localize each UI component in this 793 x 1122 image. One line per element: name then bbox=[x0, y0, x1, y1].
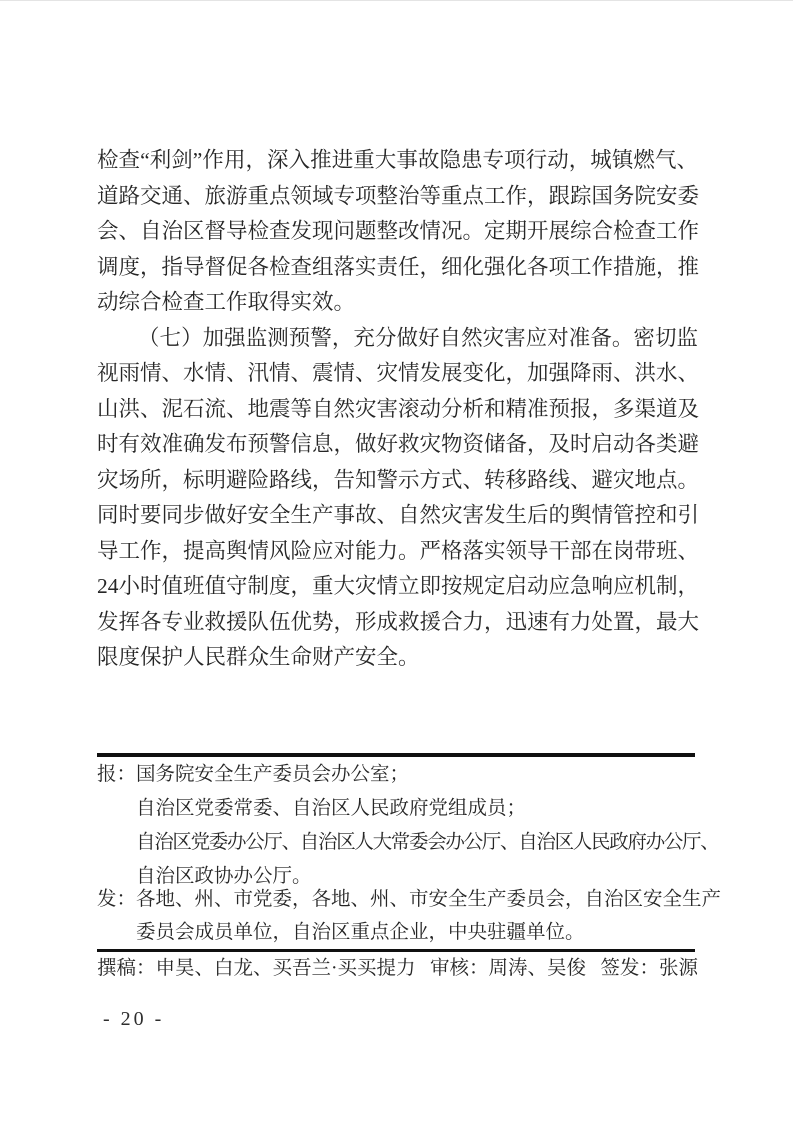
issuer-group: 签发：张源 bbox=[600, 954, 698, 983]
separator-rule-top bbox=[97, 753, 695, 757]
report-distribution: 报：国务院安全生产委员会办公室； 自治区党委常委、自治区人民政府党组成员； 自治… bbox=[97, 758, 698, 894]
body-line: 发挥各专业救援队伍优势，形成救援合力，迅速有力处置，最大 bbox=[97, 605, 698, 641]
signoff-row: 撰稿：申昊、白龙、买吾兰·买买提力 审核：周涛、吴俊 签发：张源 bbox=[97, 954, 698, 983]
reviewer-group: 审核：周涛、吴俊 bbox=[430, 954, 586, 983]
body-line: 检查“利剑”作用，深入推进重大事故隐患专项行动，城镇燃气、 bbox=[97, 143, 698, 179]
issue-line-text: 各地、州、市党委，各地、州、市安全生产委员会，自治区安全生产 bbox=[136, 889, 721, 910]
report-line-text: 国务院安全生产委员会办公室； bbox=[136, 764, 409, 785]
body-line-section-heading: （七）加强监测预警，充分做好自然灾害应对准备。密切监 bbox=[97, 321, 698, 357]
drafter-label: 撰稿： bbox=[97, 958, 156, 979]
page-number: - 20 - bbox=[103, 1008, 164, 1031]
document-page: 检查“利剑”作用，深入推进重大事故隐患专项行动，城镇燃气、 道路交通、旅游重点领… bbox=[0, 0, 793, 1122]
issuer-name: 张源 bbox=[659, 958, 698, 979]
body-line: 同时要同步做好安全生产事故、自然灾害发生后的舆情管控和引 bbox=[97, 498, 698, 534]
report-line: 自治区党委常委、自治区人民政府党组成员； bbox=[97, 792, 698, 826]
drafter-names: 申昊、白龙、买吾兰·买买提力 bbox=[156, 958, 416, 979]
issue-line: 发：各地、州、市党委，各地、州、市安全生产委员会，自治区安全生产 bbox=[97, 883, 698, 916]
body-line: 视雨情、水情、汛情、震情、灾情发展变化，加强降雨、洪水、 bbox=[97, 356, 698, 392]
report-label: 报： bbox=[97, 764, 136, 785]
reviewer-label: 审核： bbox=[430, 958, 489, 979]
issue-distribution: 发：各地、州、市党委，各地、州、市安全生产委员会，自治区安全生产 委员会成员单位… bbox=[97, 883, 698, 949]
body-line: 调度，指导督促各检查组落实责任，细化强化各项工作措施，推 bbox=[97, 250, 698, 286]
issuer-label: 签发： bbox=[600, 958, 659, 979]
reviewer-names: 周涛、吴俊 bbox=[488, 958, 586, 979]
body-line: 动综合检查工作取得实效。 bbox=[97, 285, 698, 321]
body-text: 检查“利剑”作用，深入推进重大事故隐患专项行动，城镇燃气、 道路交通、旅游重点领… bbox=[97, 143, 698, 676]
body-line: 道路交通、旅游重点领域专项整治等重点工作，跟踪国务院安委 bbox=[97, 179, 698, 215]
body-line: 会、自治区督导检查发现问题整改情况。定期开展综合检查工作 bbox=[97, 214, 698, 250]
body-line: 24小时值班值守制度，重大灾情立即按规定启动应急响应机制， bbox=[97, 569, 698, 605]
body-line: 限度保护人民群众生命财产安全。 bbox=[97, 640, 698, 676]
body-line: 山洪、泥石流、地震等自然灾害滚动分析和精准预报，多渠道及 bbox=[97, 392, 698, 428]
body-line: 灾场所，标明避险路线，告知警示方式、转移路线、避灾地点。 bbox=[97, 463, 698, 499]
issue-label: 发： bbox=[97, 889, 136, 910]
separator-rule-bottom bbox=[97, 949, 695, 952]
drafter-group: 撰稿：申昊、白龙、买吾兰·买买提力 bbox=[97, 954, 416, 983]
report-line: 报：国务院安全生产委员会办公室； bbox=[97, 758, 698, 792]
issue-line: 委员会成员单位，自治区重点企业，中央驻疆单位。 bbox=[97, 916, 698, 949]
body-line: 导工作，提高舆情风险应对能力。严格落实领导干部在岗带班、 bbox=[97, 534, 698, 570]
body-line: 时有效准确发布预警信息，做好救灾物资储备，及时启动各类避 bbox=[97, 427, 698, 463]
report-line: 自治区党委办公厅、自治区人大常委会办公厅、自治区人民政府办公厅、 bbox=[97, 826, 698, 860]
